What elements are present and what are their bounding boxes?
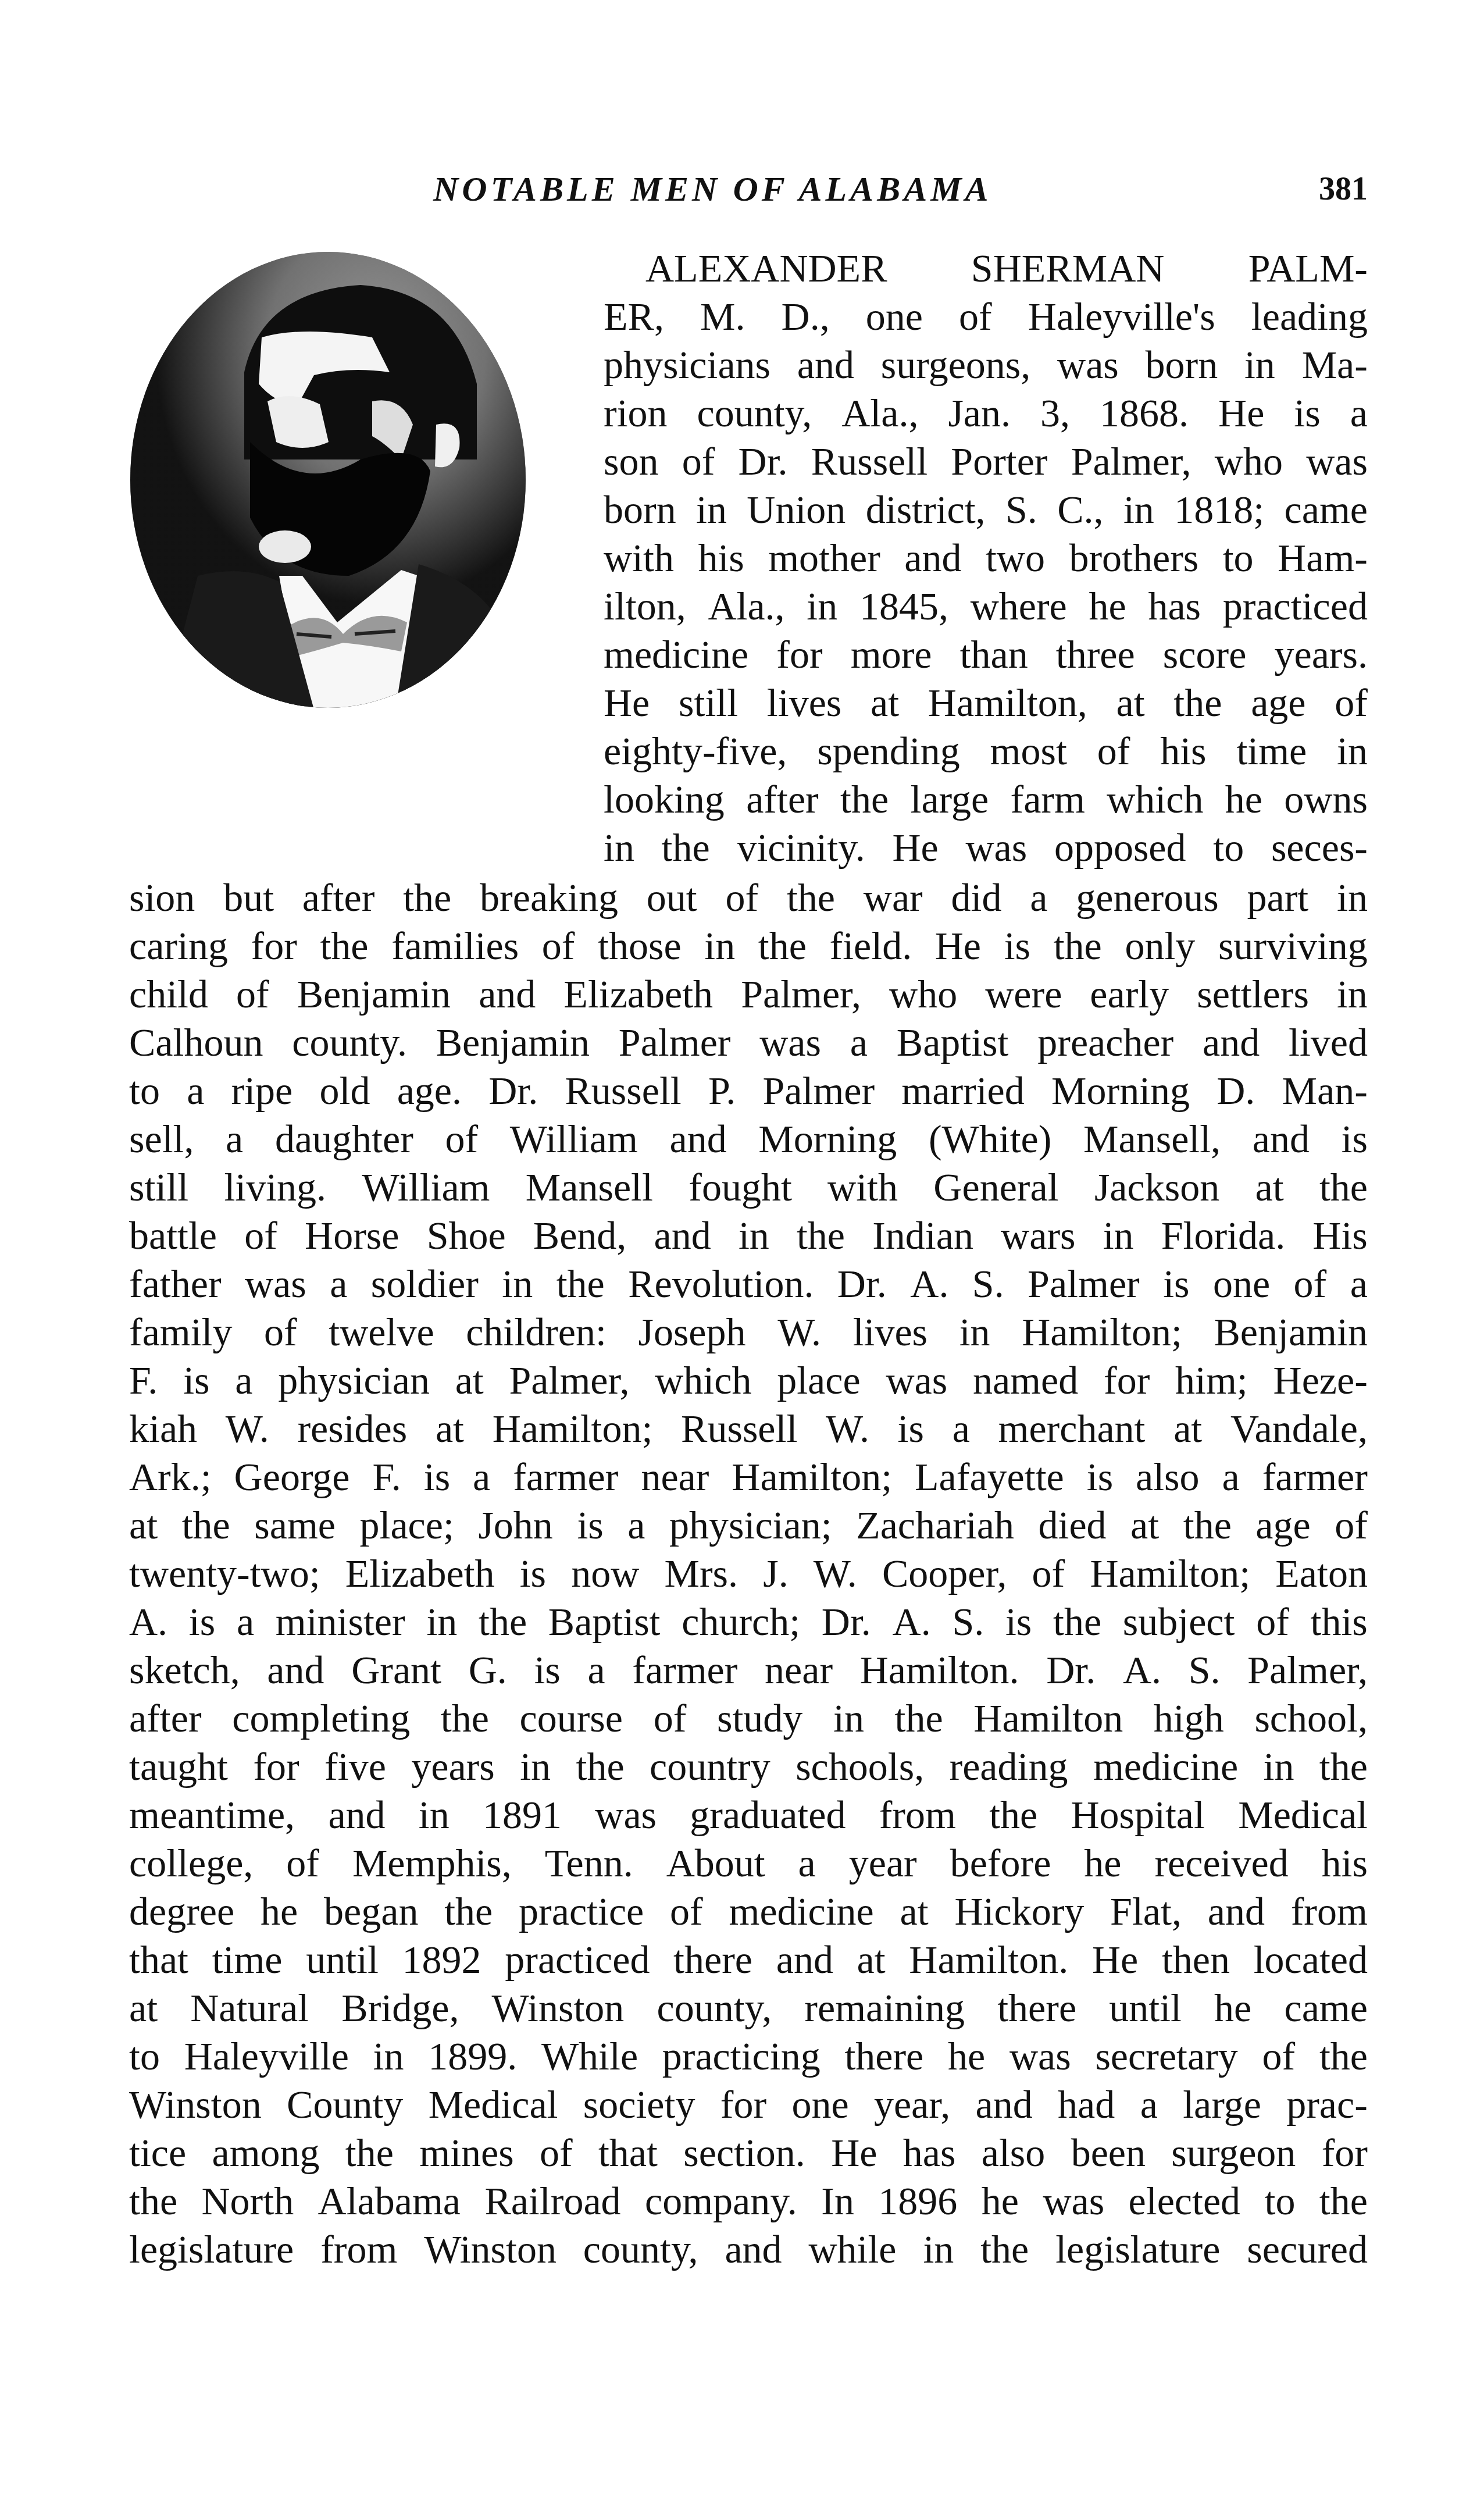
word: year bbox=[849, 1839, 917, 1887]
word: age bbox=[1255, 1501, 1310, 1549]
word: 1868. bbox=[1100, 389, 1189, 437]
word: county, bbox=[583, 2225, 698, 2274]
word: a bbox=[850, 1018, 868, 1067]
text-line: eighty-five,spendingmostofhistimein bbox=[604, 727, 1368, 775]
word: district, bbox=[866, 486, 986, 534]
text-line: childofBenjaminandElizabethPalmer,whower… bbox=[129, 970, 1368, 1018]
word: Ala., bbox=[841, 389, 918, 437]
word: opposed bbox=[1054, 824, 1186, 872]
word: Hamilton; bbox=[1090, 1549, 1250, 1598]
word: before bbox=[950, 1839, 1051, 1887]
word: Morning bbox=[1051, 1067, 1190, 1115]
word: which bbox=[1107, 775, 1203, 824]
word: county, bbox=[697, 389, 812, 437]
word: Dr. bbox=[837, 1260, 887, 1308]
word: Elizabeth bbox=[563, 970, 713, 1018]
word: was bbox=[965, 824, 1027, 872]
word: is bbox=[1342, 1115, 1368, 1163]
word: to bbox=[1223, 534, 1254, 582]
word: the bbox=[444, 1887, 493, 1936]
text-line: atthesameplace;Johnisaphysician;Zacharia… bbox=[129, 1501, 1368, 1549]
word: W. bbox=[814, 1549, 857, 1598]
word: 1896 bbox=[878, 2177, 957, 2225]
word: at bbox=[1130, 1501, 1159, 1549]
word: and bbox=[479, 970, 536, 1018]
word: early bbox=[1090, 970, 1169, 1018]
word: there bbox=[844, 2032, 923, 2081]
word: his bbox=[1160, 727, 1206, 775]
word: and bbox=[725, 2225, 782, 2274]
word: a bbox=[587, 1646, 605, 1694]
word: part bbox=[1247, 874, 1309, 922]
text-line: atNaturalBridge,Winstoncounty,remainingt… bbox=[129, 1984, 1368, 2032]
word: who bbox=[1215, 437, 1283, 486]
word: a bbox=[1140, 2081, 1158, 2129]
word: at bbox=[1255, 1163, 1284, 1212]
word: Benjamin bbox=[297, 970, 451, 1018]
word: company. bbox=[645, 2177, 797, 2225]
word: lives bbox=[767, 679, 841, 727]
word: Calhoun bbox=[129, 1018, 263, 1067]
word: same bbox=[254, 1501, 336, 1549]
word: F. bbox=[372, 1453, 401, 1501]
word: Dr. bbox=[822, 1598, 871, 1646]
portrait-icon bbox=[128, 250, 528, 710]
word: fought bbox=[689, 1163, 792, 1212]
word: of bbox=[1262, 2032, 1296, 2081]
word: the bbox=[1054, 922, 1102, 970]
word: resides bbox=[297, 1405, 407, 1453]
word: the bbox=[1319, 1743, 1368, 1791]
word: and bbox=[797, 341, 854, 389]
word: Morning bbox=[758, 1115, 897, 1163]
word: Medical bbox=[1238, 1791, 1368, 1839]
word: school, bbox=[1254, 1694, 1368, 1743]
word: lives bbox=[853, 1308, 927, 1356]
word: Ham- bbox=[1278, 534, 1368, 582]
word: years bbox=[411, 1743, 494, 1791]
word: J. bbox=[763, 1549, 788, 1598]
word: G. bbox=[469, 1646, 507, 1694]
text-line: sionbutafterthebreakingoutofthewardidage… bbox=[129, 874, 1368, 922]
word: high bbox=[1154, 1694, 1224, 1743]
word: settlers bbox=[1197, 970, 1309, 1018]
word: at bbox=[1173, 1405, 1202, 1453]
text-line: theNorthAlabamaRailroadcompany.In1896hew… bbox=[129, 2177, 1368, 2225]
word: W. bbox=[777, 1308, 821, 1356]
word: among bbox=[212, 2129, 319, 2177]
word: at bbox=[436, 1405, 464, 1453]
text-line: ALEXANDERSHERMANPALM- bbox=[604, 244, 1368, 293]
word: a bbox=[1030, 874, 1047, 922]
word: Hamilton. bbox=[860, 1646, 1019, 1694]
word: minister bbox=[276, 1598, 405, 1646]
word: was bbox=[1306, 437, 1368, 486]
word: He bbox=[935, 922, 981, 970]
word: in bbox=[1337, 874, 1368, 922]
word: born bbox=[604, 486, 676, 534]
word: county. bbox=[292, 1018, 407, 1067]
word: M. bbox=[700, 293, 745, 341]
word: had bbox=[1058, 2081, 1115, 2129]
word: practicing bbox=[662, 2032, 821, 2081]
word: the bbox=[479, 1598, 527, 1646]
word: surgeon bbox=[1171, 2129, 1296, 2177]
word: surviving bbox=[1218, 922, 1368, 970]
word: in bbox=[604, 824, 634, 872]
word: years. bbox=[1274, 630, 1367, 679]
word: in bbox=[923, 2225, 954, 2274]
word: taught bbox=[129, 1743, 228, 1791]
word: He bbox=[1092, 1936, 1138, 1984]
word: Benjamin bbox=[1214, 1308, 1368, 1356]
word: 1899. bbox=[428, 2032, 517, 2081]
word: Benjamin bbox=[436, 1018, 590, 1067]
word: one bbox=[866, 293, 923, 341]
page-number: 381 bbox=[1319, 169, 1368, 209]
word: George bbox=[234, 1453, 350, 1501]
word: and bbox=[328, 1791, 385, 1839]
word: About bbox=[666, 1839, 765, 1887]
word: County bbox=[287, 2081, 403, 2129]
word: Hamilton; bbox=[1022, 1308, 1182, 1356]
word: General bbox=[933, 1163, 1058, 1212]
word: is bbox=[424, 1453, 450, 1501]
word: Hamilton. bbox=[909, 1936, 1068, 1984]
word: and bbox=[976, 2081, 1033, 2129]
word: is bbox=[1005, 1598, 1032, 1646]
word: twenty-two; bbox=[129, 1549, 320, 1598]
word: sell, bbox=[129, 1115, 194, 1163]
word: the bbox=[345, 2129, 394, 2177]
word: two bbox=[986, 534, 1045, 582]
word: were bbox=[985, 970, 1062, 1018]
word: eighty-five, bbox=[604, 727, 787, 775]
word: until bbox=[306, 1936, 379, 1984]
word: from bbox=[1291, 1887, 1368, 1936]
word: graduated bbox=[690, 1791, 846, 1839]
word: old bbox=[320, 1067, 370, 1115]
word: children: bbox=[466, 1308, 607, 1356]
word: of bbox=[542, 922, 575, 970]
word: wars bbox=[1001, 1212, 1075, 1260]
word: he bbox=[982, 2177, 1019, 2225]
text-line: college,ofMemphis,Tenn.Aboutayearbeforeh… bbox=[129, 1839, 1368, 1887]
word: more bbox=[851, 630, 932, 679]
word: S. bbox=[972, 1260, 1004, 1308]
word: the bbox=[758, 922, 807, 970]
word: in bbox=[1103, 1212, 1134, 1260]
word: Natural bbox=[190, 1984, 309, 2032]
word: in bbox=[426, 1598, 457, 1646]
word: Hamilton; bbox=[732, 1453, 892, 1501]
word: after bbox=[129, 1694, 202, 1743]
word: is bbox=[534, 1646, 560, 1694]
word: Dr. bbox=[739, 437, 788, 486]
word: at bbox=[455, 1356, 484, 1405]
word: been bbox=[1071, 2129, 1146, 2177]
word: farmer bbox=[632, 1646, 737, 1694]
word: of bbox=[1335, 679, 1368, 727]
word: out bbox=[647, 874, 697, 922]
word: practiced bbox=[1223, 582, 1368, 630]
word: North bbox=[202, 2177, 294, 2225]
word: large bbox=[911, 775, 989, 824]
word: of bbox=[654, 1694, 687, 1743]
word: Russell bbox=[565, 1067, 682, 1115]
word: came bbox=[1284, 1984, 1367, 2032]
text-line: sell,adaughterofWilliamandMorning(White)… bbox=[129, 1115, 1368, 1163]
word: surgeons, bbox=[881, 341, 1031, 389]
word: a bbox=[235, 1356, 252, 1405]
word: received bbox=[1154, 1839, 1288, 1887]
word: sion bbox=[129, 874, 195, 922]
word: began bbox=[324, 1887, 418, 1936]
word: is bbox=[577, 1501, 603, 1549]
word: and bbox=[1253, 1115, 1310, 1163]
text-line: ticeamongtheminesofthatsection.Hehasalso… bbox=[129, 2129, 1368, 2177]
text-line: ER,M.D.,oneofHaleyville'sleading bbox=[604, 293, 1368, 341]
word: the bbox=[989, 1791, 1037, 1839]
word: remaining bbox=[804, 1984, 965, 2032]
word: He bbox=[1218, 389, 1264, 437]
word: father bbox=[129, 1260, 222, 1308]
word: also bbox=[982, 2129, 1046, 2177]
word: which bbox=[655, 1356, 751, 1405]
word: of bbox=[1335, 1501, 1368, 1549]
word: married bbox=[901, 1067, 1024, 1115]
word: S. bbox=[1189, 1646, 1221, 1694]
word: is bbox=[1294, 389, 1320, 437]
text-line: legislaturefromWinstoncounty,andwhileint… bbox=[129, 2225, 1368, 2274]
text-line: medicineformorethanthreescoreyears. bbox=[604, 630, 1368, 679]
word: the bbox=[662, 824, 710, 872]
word: D. bbox=[1217, 1067, 1255, 1115]
word: of bbox=[959, 293, 992, 341]
word: breaking bbox=[480, 874, 618, 922]
text-line: Calhouncounty.BenjaminPalmerwasaBaptistp… bbox=[129, 1018, 1368, 1067]
word: Mansell, bbox=[1083, 1115, 1221, 1163]
word: Lafayette bbox=[915, 1453, 1064, 1501]
word: at bbox=[900, 1887, 929, 1936]
word: has bbox=[1148, 582, 1201, 630]
word: for bbox=[1322, 2129, 1368, 2177]
text-line: rioncounty,Ala.,Jan.3,1868.Heisa bbox=[604, 389, 1368, 437]
word: the bbox=[840, 775, 889, 824]
word: was bbox=[1043, 2177, 1104, 2225]
word: Haleyville's bbox=[1028, 293, 1215, 341]
word: at bbox=[129, 1501, 158, 1549]
word: for bbox=[251, 922, 297, 970]
word: daughter bbox=[275, 1115, 413, 1163]
word: and bbox=[1208, 1887, 1265, 1936]
word: in bbox=[1337, 727, 1368, 775]
word: he bbox=[948, 2032, 985, 2081]
text-line: toaripeoldage.Dr.RussellP.PalmermarriedM… bbox=[129, 1067, 1368, 1115]
word: practice bbox=[519, 1887, 644, 1936]
word: SHERMAN bbox=[971, 244, 1165, 293]
word: 1818; bbox=[1174, 486, 1264, 534]
word: PALM- bbox=[1248, 244, 1368, 293]
text-line: battleofHorseShoeBend,andintheIndianwars… bbox=[129, 1212, 1368, 1260]
word: Shoe bbox=[427, 1212, 506, 1260]
word: then bbox=[1162, 1936, 1230, 1984]
word: country bbox=[650, 1743, 770, 1791]
word: mother bbox=[768, 534, 880, 582]
word: still bbox=[129, 1163, 188, 1212]
text-line: sonofDr.RussellPorterPalmer,whowas bbox=[604, 437, 1368, 486]
word: college, bbox=[129, 1839, 253, 1887]
word: His bbox=[1312, 1212, 1367, 1260]
word: Bend, bbox=[533, 1212, 627, 1260]
word: schools, bbox=[795, 1743, 924, 1791]
running-title: NOTABLE MEN OF ALABAMA bbox=[433, 169, 992, 209]
word: Palmer, bbox=[1247, 1646, 1368, 1694]
word: practiced bbox=[505, 1936, 650, 1984]
word: of bbox=[286, 1839, 319, 1887]
word: field. bbox=[830, 922, 912, 970]
word: of bbox=[244, 1212, 277, 1260]
word: he bbox=[1225, 775, 1262, 824]
word: located bbox=[1254, 1936, 1368, 1984]
word: one bbox=[1213, 1260, 1270, 1308]
text-line: borninUniondistrict,S.C.,in1818;came bbox=[604, 486, 1368, 534]
word: Haleyville bbox=[184, 2032, 349, 2081]
word: in bbox=[373, 2032, 404, 2081]
word: medicine bbox=[729, 1887, 874, 1936]
word: farmer bbox=[1262, 1453, 1368, 1501]
word: Medical bbox=[429, 2081, 558, 2129]
word: C., bbox=[1057, 486, 1103, 534]
word: a bbox=[330, 1260, 347, 1308]
word: his bbox=[698, 534, 744, 582]
word: he bbox=[261, 1887, 298, 1936]
word: Vandale, bbox=[1230, 1405, 1368, 1453]
word: Flat, bbox=[1110, 1887, 1182, 1936]
word: reading bbox=[950, 1743, 1068, 1791]
word: P. bbox=[708, 1067, 736, 1115]
word: He bbox=[892, 824, 938, 872]
word: his bbox=[1322, 1839, 1368, 1887]
word: Alabama bbox=[318, 2177, 461, 2225]
text-line: WinstonCountyMedicalsocietyforoneyear,an… bbox=[129, 2081, 1368, 2129]
word: physician; bbox=[669, 1501, 832, 1549]
word: soldier bbox=[371, 1260, 479, 1308]
text-line: meantime,andin1891wasgraduatedfromtheHos… bbox=[129, 1791, 1368, 1839]
word: and bbox=[267, 1646, 324, 1694]
word: is bbox=[1087, 1453, 1113, 1501]
word: course bbox=[520, 1694, 623, 1743]
word: battle bbox=[129, 1212, 217, 1260]
word: Winston bbox=[424, 2225, 556, 2274]
text-line: aftercompletingthecourseofstudyintheHami… bbox=[129, 1694, 1368, 1743]
text-line: familyoftwelvechildren:JosephW.livesinHa… bbox=[129, 1308, 1368, 1356]
word: most bbox=[990, 727, 1067, 775]
word: the bbox=[1319, 2032, 1368, 2081]
word: the bbox=[182, 1501, 230, 1549]
text-line: HestilllivesatHamilton,attheageof bbox=[604, 679, 1368, 727]
word: was bbox=[595, 1791, 657, 1839]
word: Hamilton, bbox=[928, 679, 1087, 727]
word: him; bbox=[1175, 1356, 1248, 1405]
word: the bbox=[441, 1694, 489, 1743]
word: near bbox=[765, 1646, 833, 1694]
word: large bbox=[1183, 2081, 1261, 2129]
word: with bbox=[827, 1163, 898, 1212]
word: place; bbox=[360, 1501, 454, 1549]
word: Palmer bbox=[763, 1067, 875, 1115]
text-line: stillliving.WilliamMansellfoughtwithGene… bbox=[129, 1163, 1368, 1212]
text-line: kiahW.residesatHamilton;RussellW.isamerc… bbox=[129, 1405, 1368, 1453]
text-line: sketch,andGrantG.isafarmernearHamilton.D… bbox=[129, 1646, 1368, 1694]
word: generous bbox=[1076, 874, 1218, 922]
word: Revolution. bbox=[628, 1260, 814, 1308]
word: Hickory bbox=[954, 1887, 1084, 1936]
text-line: degreehebeganthepracticeofmedicineatHick… bbox=[129, 1887, 1368, 1936]
word: Horse bbox=[305, 1212, 399, 1260]
word: until bbox=[1109, 1984, 1182, 2032]
word: did bbox=[951, 874, 1002, 922]
word: lived bbox=[1289, 1018, 1368, 1067]
word: meantime, bbox=[129, 1791, 295, 1839]
word: for bbox=[776, 630, 822, 679]
word: medicine bbox=[1093, 1743, 1238, 1791]
word: Mrs. bbox=[664, 1549, 738, 1598]
word: D., bbox=[782, 293, 830, 341]
word: was bbox=[886, 1356, 947, 1405]
biography-body-column: sionbutafterthebreakingoutofthewardidage… bbox=[129, 874, 1368, 2274]
word: church; bbox=[682, 1598, 800, 1646]
word: he bbox=[1089, 582, 1126, 630]
word: Mansell bbox=[526, 1163, 653, 1212]
word: and bbox=[776, 1936, 833, 1984]
word: A. bbox=[893, 1598, 931, 1646]
word: time bbox=[1236, 727, 1307, 775]
word: Ma- bbox=[1302, 341, 1368, 389]
word: S. bbox=[1005, 486, 1037, 534]
word: Bridge, bbox=[341, 1984, 459, 2032]
word: the bbox=[556, 1260, 605, 1308]
word: in bbox=[1123, 486, 1154, 534]
word: Dr. bbox=[488, 1067, 538, 1115]
word: is bbox=[520, 1549, 546, 1598]
word: Palmer, bbox=[741, 970, 861, 1018]
word: after bbox=[302, 874, 375, 922]
word: a bbox=[473, 1453, 490, 1501]
word: to bbox=[129, 2032, 160, 2081]
word: the bbox=[1319, 1163, 1368, 1212]
word: in bbox=[704, 922, 735, 970]
word: to bbox=[129, 1067, 160, 1115]
word: five bbox=[324, 1743, 386, 1791]
word: owns bbox=[1284, 775, 1368, 824]
word: is bbox=[1004, 922, 1030, 970]
word: William bbox=[362, 1163, 490, 1212]
word: age bbox=[1251, 679, 1305, 727]
word: he bbox=[1084, 1839, 1121, 1887]
word: named bbox=[973, 1356, 1078, 1405]
word: now bbox=[571, 1549, 639, 1598]
word: prac- bbox=[1286, 2081, 1368, 2129]
word: a bbox=[226, 1115, 243, 1163]
text-line: twenty-two;ElizabethisnowMrs.J.W.Cooper,… bbox=[129, 1549, 1368, 1598]
word: only bbox=[1125, 922, 1195, 970]
word: the bbox=[129, 2177, 177, 2225]
word: son bbox=[604, 437, 658, 486]
word: but bbox=[223, 874, 274, 922]
text-line: withhismotherandtwobrotherstoHam- bbox=[604, 534, 1368, 582]
word: He bbox=[831, 2129, 877, 2177]
